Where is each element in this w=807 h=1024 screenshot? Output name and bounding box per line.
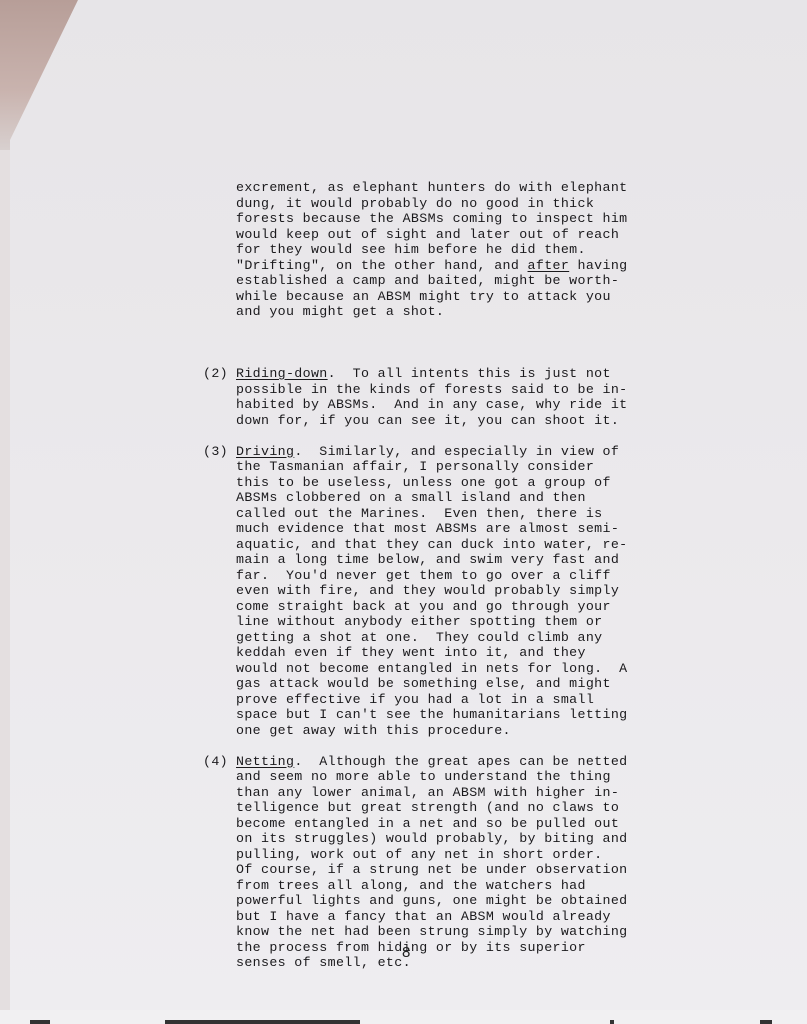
item-number: (4) <box>203 754 228 770</box>
text-line: dung, it would probably do no good in th… <box>236 196 686 212</box>
text-line: telligence but great strength (and no cl… <box>236 800 686 816</box>
list-item: (2)Riding-down. To all intents this is j… <box>236 366 686 428</box>
text-line: than any lower animal, an ABSM with high… <box>236 785 686 801</box>
text-line: know the net had been strung simply by w… <box>236 924 686 940</box>
text-span: "Drifting", on the other hand, and <box>236 258 528 273</box>
text-line: line without anybody either spotting the… <box>236 614 686 630</box>
text-line: while because an ABSM might try to attac… <box>236 289 686 305</box>
item-title: Riding-down <box>236 366 328 381</box>
text-line: Netting. Although the great apes can be … <box>236 754 686 770</box>
text-line: "Drifting", on the other hand, and after… <box>236 258 686 274</box>
text-line: possible in the kinds of forests said to… <box>236 382 686 398</box>
list-item: (3)Driving. Similarly, and especially in… <box>236 444 686 739</box>
text-line: excrement, as elephant hunters do with e… <box>236 180 686 196</box>
text-line: this to be useless, unless one got a gro… <box>236 475 686 491</box>
list-item: (4)Netting. Although the great apes can … <box>236 754 686 971</box>
numbered-list: (2)Riding-down. To all intents this is j… <box>236 366 686 971</box>
text-line: the Tasmanian affair, I personally consi… <box>236 459 686 475</box>
item-number: (3) <box>203 444 228 460</box>
text-line: would not become entangled in nets for l… <box>236 661 686 677</box>
text-line: become entangled in a net and so be pull… <box>236 816 686 832</box>
text-line: keddah even if they went into it, and th… <box>236 645 686 661</box>
text-line: much evidence that most ABSMs are almost… <box>236 521 686 537</box>
text-line: one get away with this procedure. <box>236 723 686 739</box>
text-line: would keep out of sight and later out of… <box>236 227 686 243</box>
text-line: Of course, if a strung net be under obse… <box>236 862 686 878</box>
text-span: having <box>569 258 627 273</box>
text-line: even with fire, and they would probably … <box>236 583 686 599</box>
text-line: for they would see him before he did the… <box>236 242 686 258</box>
text-line: getting a shot at one. They could climb … <box>236 630 686 646</box>
text-line: main a long time below, and swim very fa… <box>236 552 686 568</box>
text-line: gas attack would be something else, and … <box>236 676 686 692</box>
text-line: prove effective if you had a lot in a sm… <box>236 692 686 708</box>
text-line: senses of smell, etc. <box>236 955 686 971</box>
item-number: (2) <box>203 366 228 382</box>
text-line: and you might get a shot. <box>236 304 686 320</box>
text-line: ABSMs clobbered on a small island and th… <box>236 490 686 506</box>
page-number: 8 <box>402 944 410 961</box>
text-span: . Although the great apes can be netted <box>294 754 627 769</box>
bottom-page-edge <box>0 1010 807 1024</box>
text-line: space but I can't see the humanitarians … <box>236 707 686 723</box>
text-line: far. You'd never get them to go over a c… <box>236 568 686 584</box>
text-line: forests because the ABSMs coming to insp… <box>236 211 686 227</box>
edge-mark <box>760 1020 772 1024</box>
text-line: the process from hiding or by its superi… <box>236 940 686 956</box>
text-line: aquatic, and that they can duck into wat… <box>236 537 686 553</box>
text-line: habited by ABSMs. And in any case, why r… <box>236 397 686 413</box>
text-line: powerful lights and guns, one might be o… <box>236 893 686 909</box>
text-line: down for, if you can see it, you can sho… <box>236 413 686 429</box>
text-span: . To all intents this is just not <box>328 366 611 381</box>
item-title: Netting <box>236 754 294 769</box>
text-line: pulling, work out of any net in short or… <box>236 847 686 863</box>
text-line: but I have a fancy that an ABSM would al… <box>236 909 686 925</box>
text-line: on its struggles) would probably, by bit… <box>236 831 686 847</box>
text-line: established a camp and baited, might be … <box>236 273 686 289</box>
document-body: excrement, as elephant hunters do with e… <box>236 149 686 1002</box>
edge-mark <box>30 1020 50 1024</box>
intro-paragraph: excrement, as elephant hunters do with e… <box>236 180 686 320</box>
text-line: and seem no more able to understand the … <box>236 769 686 785</box>
text-line: Riding-down. To all intents this is just… <box>236 366 686 382</box>
underlined-word: after <box>528 258 570 273</box>
text-line: from trees all along, and the watchers h… <box>236 878 686 894</box>
item-title: Driving <box>236 444 294 459</box>
edge-mark <box>165 1020 360 1024</box>
text-line: come straight back at you and go through… <box>236 599 686 615</box>
edge-mark <box>610 1020 614 1024</box>
text-line: Driving. Similarly, and especially in vi… <box>236 444 686 460</box>
text-line: called out the Marines. Even then, there… <box>236 506 686 522</box>
text-span: . Similarly, and especially in view of <box>294 444 619 459</box>
